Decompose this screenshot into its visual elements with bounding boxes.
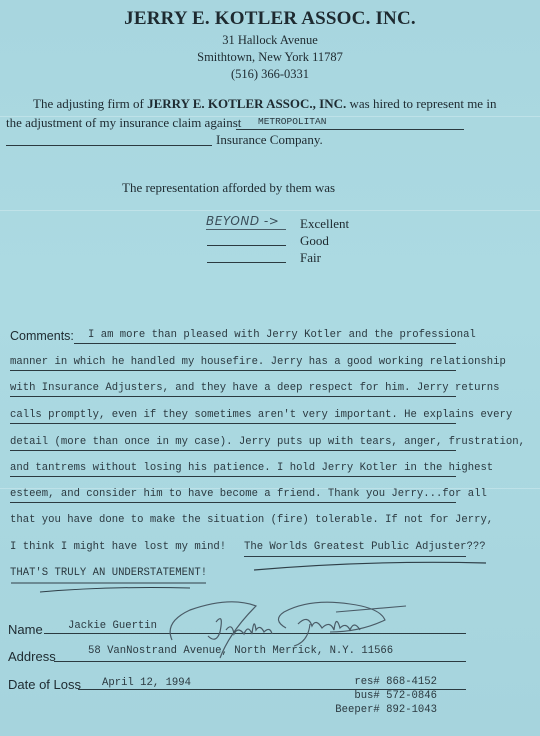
comment-line: detail (more than once in my case). Jerr…: [10, 436, 525, 448]
paper-fold: [0, 210, 540, 211]
comment-highlight: The Worlds Greatest Public Adjuster???: [244, 541, 486, 553]
comment-line: that you have done to make the situation…: [10, 514, 493, 526]
phone-beeper: Beeper# 892-1043: [335, 704, 437, 716]
phone-residence: res# 868-4152: [354, 676, 437, 688]
rating-line-fair: [207, 262, 286, 263]
address-value: 58 VanNostrand Avenue, North Merrick, N.…: [88, 645, 393, 657]
company-street: 31 Hallock Avenue: [0, 33, 540, 48]
comment-line: esteem, and consider him to have become …: [10, 488, 487, 500]
comment-line: calls promptly, even if they sometimes a…: [10, 409, 512, 421]
insurer-field-line-2: [6, 145, 212, 146]
insurer-value: METROPOLITAN: [258, 116, 326, 127]
company-phone: (516) 366-0331: [0, 67, 540, 82]
date-of-loss-value: April 12, 1994: [102, 677, 191, 689]
comment-rule: [74, 343, 456, 344]
comment-line: manner in which he handled my housefire.…: [10, 356, 506, 368]
intro-text: was hired to represent me in: [346, 96, 496, 111]
rating-prompt: The representation afforded by them was: [122, 180, 335, 196]
comment-rule: [10, 476, 456, 477]
name-value: Jackie Guertin: [68, 620, 157, 632]
rating-line-excellent: [206, 229, 286, 230]
address-label: Address: [8, 649, 56, 664]
comment-rule: [10, 370, 456, 371]
phone-business: bus# 572-0846: [354, 690, 437, 702]
intro-line-3: Insurance Company.: [216, 132, 323, 148]
rating-option-good: Good: [300, 233, 329, 249]
comments-label: Comments:: [10, 329, 74, 343]
date-of-loss-label: Date of Loss: [8, 677, 81, 692]
comment-line: and tantrems without losing his patience…: [10, 462, 493, 474]
comment-line: I am more than pleased with Jerry Kotler…: [88, 329, 476, 341]
comment-line: with Insurance Adjusters, and they have …: [10, 382, 500, 394]
intro-text: The adjusting firm of: [33, 96, 147, 111]
insurer-field-line: [236, 129, 464, 130]
rating-option-fair: Fair: [300, 250, 321, 266]
company-name: JERRY E. KOTLER ASSOC. INC.: [0, 8, 540, 30]
intro-line-1: The adjusting firm of JERRY E. KOTLER AS…: [33, 96, 496, 112]
comment-rule: [10, 396, 456, 397]
rating-mark-excellent: BEYOND ->: [206, 214, 279, 228]
address-field-line: [54, 661, 466, 662]
comment-rule: [10, 450, 456, 451]
comment-rule: [10, 502, 456, 503]
rating-line-good: [207, 245, 286, 246]
comment-rule: [10, 423, 456, 424]
rating-option-excellent: Excellent: [300, 216, 349, 232]
intro-firm-name: JERRY E. KOTLER ASSOC., INC.: [147, 96, 346, 111]
intro-line-2: the adjustment of my insurance claim aga…: [6, 115, 241, 131]
handwritten-underline: [250, 556, 490, 576]
comment-line: THAT'S TRULY AN UNDERSTATEMENT!: [10, 567, 207, 579]
name-label: Name: [8, 622, 43, 637]
company-city: Smithtown, New York 11787: [0, 50, 540, 65]
comment-line: I think I might have lost my mind!: [10, 541, 226, 553]
